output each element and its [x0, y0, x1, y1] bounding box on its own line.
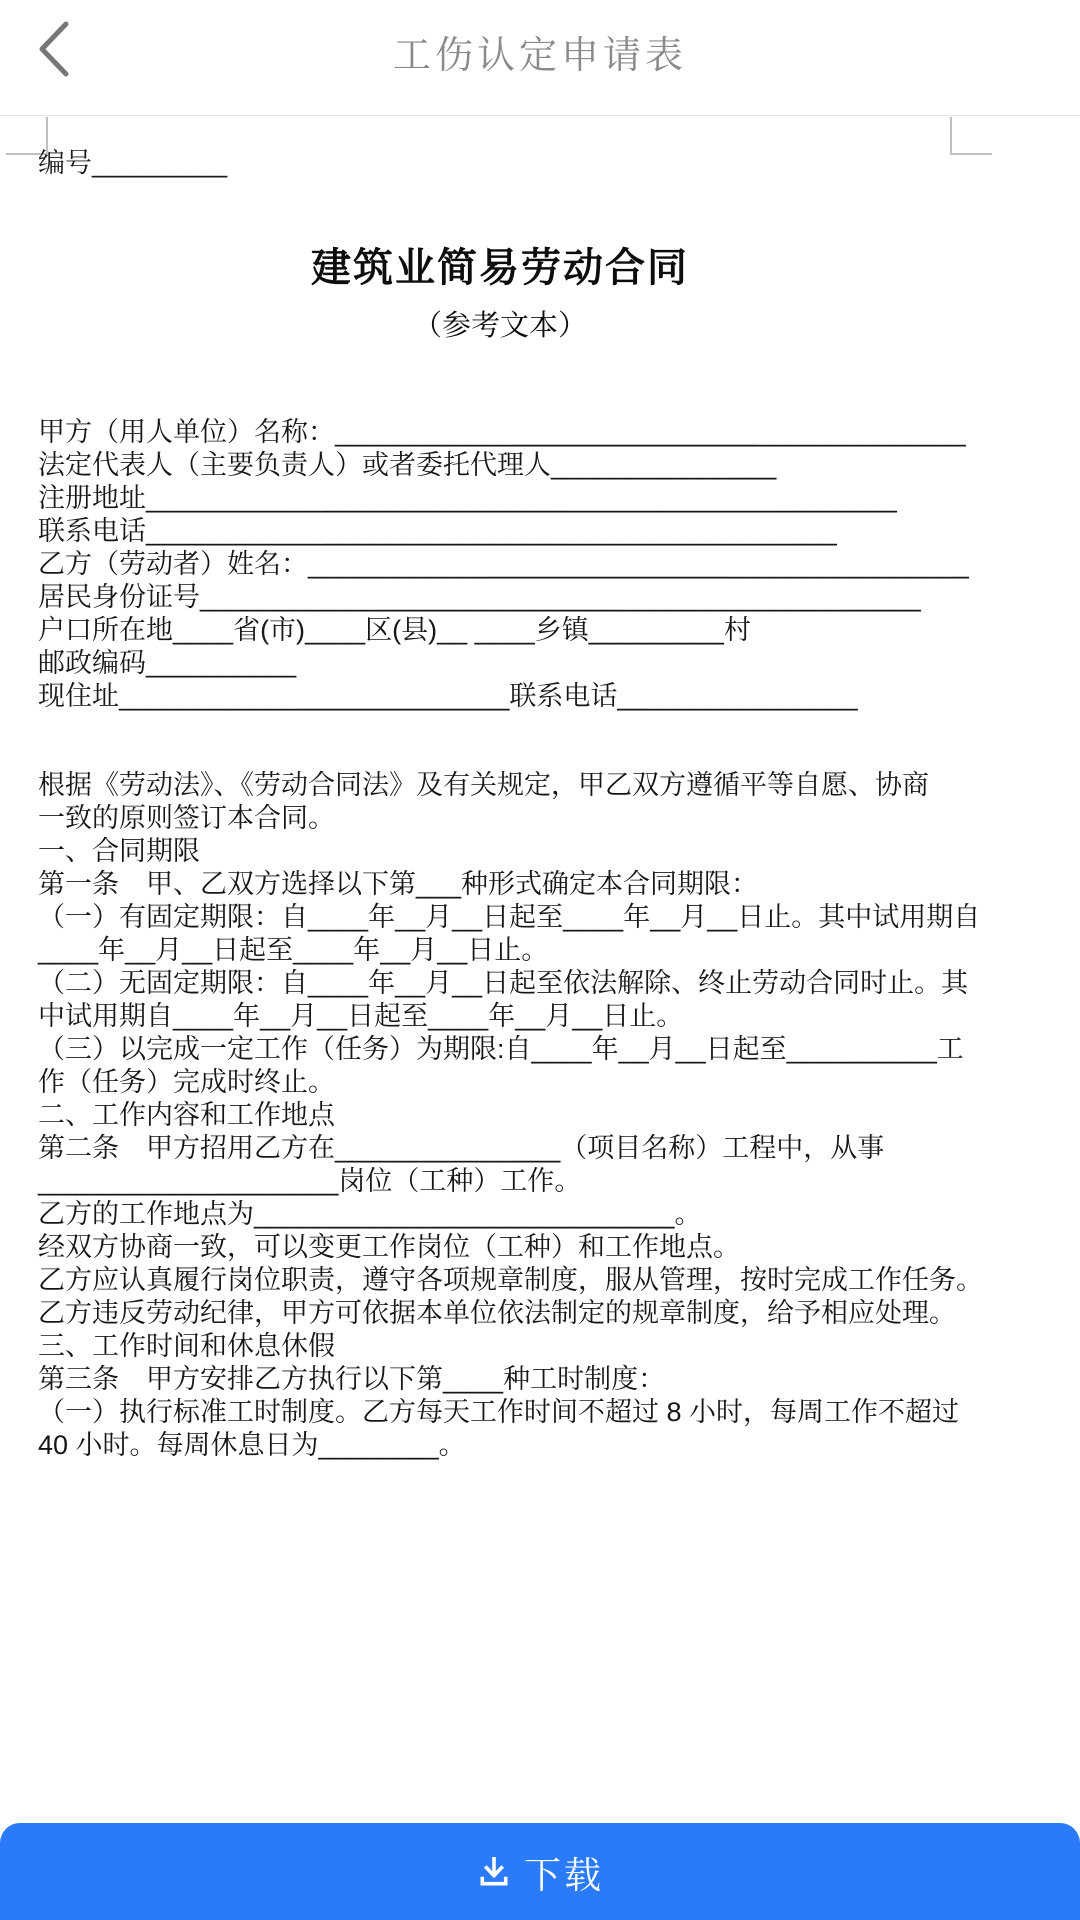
clause-line: ____年__月__日起至____年__月__日止。	[38, 934, 962, 967]
clause-line: （二）无固定期限：自____年__月__日起至依法解除、终止劳动合同时止。其	[38, 967, 962, 1000]
clause-line: 作（任务）完成时终止。	[38, 1066, 962, 1099]
clause-line: 一、合同期限	[38, 835, 962, 868]
serial-number-line: 编号_________	[38, 147, 962, 180]
download-label: 下载	[524, 1845, 604, 1899]
clause-line: 根据《劳动法》、《劳动合同法》及有关规定，甲乙双方遵循平等自愿、协商	[38, 769, 962, 802]
clause-line: （一）执行标准工时制度。乙方每天工作时间不超过 8 小时，每周工作不超过	[38, 1396, 962, 1429]
form-line: 注册地址____________________________________…	[38, 482, 962, 515]
clause-line: 一致的原则签订本合同。	[38, 802, 962, 835]
clause-line: ____________________岗位（工种）工作。	[38, 1165, 962, 1198]
download-button[interactable]: 下载	[0, 1823, 1080, 1920]
clause-line: 三、工作时间和休息休假	[38, 1330, 962, 1363]
form-line: 法定代表人（主要负责人）或者委托代理人_______________	[38, 449, 962, 482]
form-line: 居民身份证号__________________________________…	[38, 581, 962, 614]
form-line: 现住址__________________________联系电话_______…	[38, 680, 962, 713]
clause-line: 第二条 甲方招用乙方在_______________（项目名称）工程中，从事	[38, 1132, 962, 1165]
contract-title: 建筑业简易劳动合同	[38, 236, 962, 293]
form-line: 邮政编码__________	[38, 647, 962, 680]
form-line: 联系电话____________________________________…	[38, 515, 962, 548]
page-title: 工伤认定申请表	[0, 24, 1080, 79]
clause-line: 40 小时。每周休息日为________。	[38, 1429, 962, 1462]
clause-line: 第一条 甲、乙双方选择以下第___种形式确定本合同期限：	[38, 868, 962, 901]
clause-line: 中试用期自____年__月__日起至____年__月__日止。	[38, 1000, 962, 1033]
form-line: 乙方（劳动者）姓名：______________________________…	[38, 548, 962, 581]
clause-line: 经双方协商一致，可以变更工作岗位（工种）和工作地点。	[38, 1231, 962, 1264]
clause-line: 二、工作内容和工作地点	[38, 1099, 962, 1132]
clause-line: 第三条 甲方安排乙方执行以下第____种工时制度：	[38, 1363, 962, 1396]
form-line: 户口所在地____省(市)____区(县)__ ____乡镇_________村	[38, 614, 962, 647]
clause-line: （三）以完成一定工作（任务）为期限:自____年__月__日起至________…	[38, 1033, 962, 1066]
document-body: 编号_________ 建筑业简易劳动合同 （参考文本） 甲方（用人单位）名称：…	[0, 117, 1080, 1462]
party-info-block: 甲方（用人单位）名称：_____________________________…	[38, 416, 962, 713]
clause-line: （一）有固定期限：自____年__月__日起至____年__月__日止。其中试用…	[38, 901, 962, 934]
document-preview: 编号_________ 建筑业简易劳动合同 （参考文本） 甲方（用人单位）名称：…	[0, 117, 1080, 1823]
form-line: 甲方（用人单位）名称：_____________________________…	[38, 416, 962, 449]
clause-line: 乙方的工作地点为____________________________。	[38, 1198, 962, 1231]
clause-line: 乙方违反劳动纪律，甲方可依据本单位依法制定的规章制度，给予相应处理。	[38, 1297, 962, 1330]
app-header: 工伤认定申请表	[0, 0, 1080, 116]
contract-clauses-block: 根据《劳动法》、《劳动合同法》及有关规定，甲乙双方遵循平等自愿、协商一致的原则签…	[38, 769, 962, 1462]
clause-line: 乙方应认真履行岗位职责，遵守各项规章制度，服从管理，按时完成工作任务。	[38, 1264, 962, 1297]
contract-subtitle: （参考文本）	[38, 303, 962, 344]
download-icon	[476, 1854, 512, 1890]
